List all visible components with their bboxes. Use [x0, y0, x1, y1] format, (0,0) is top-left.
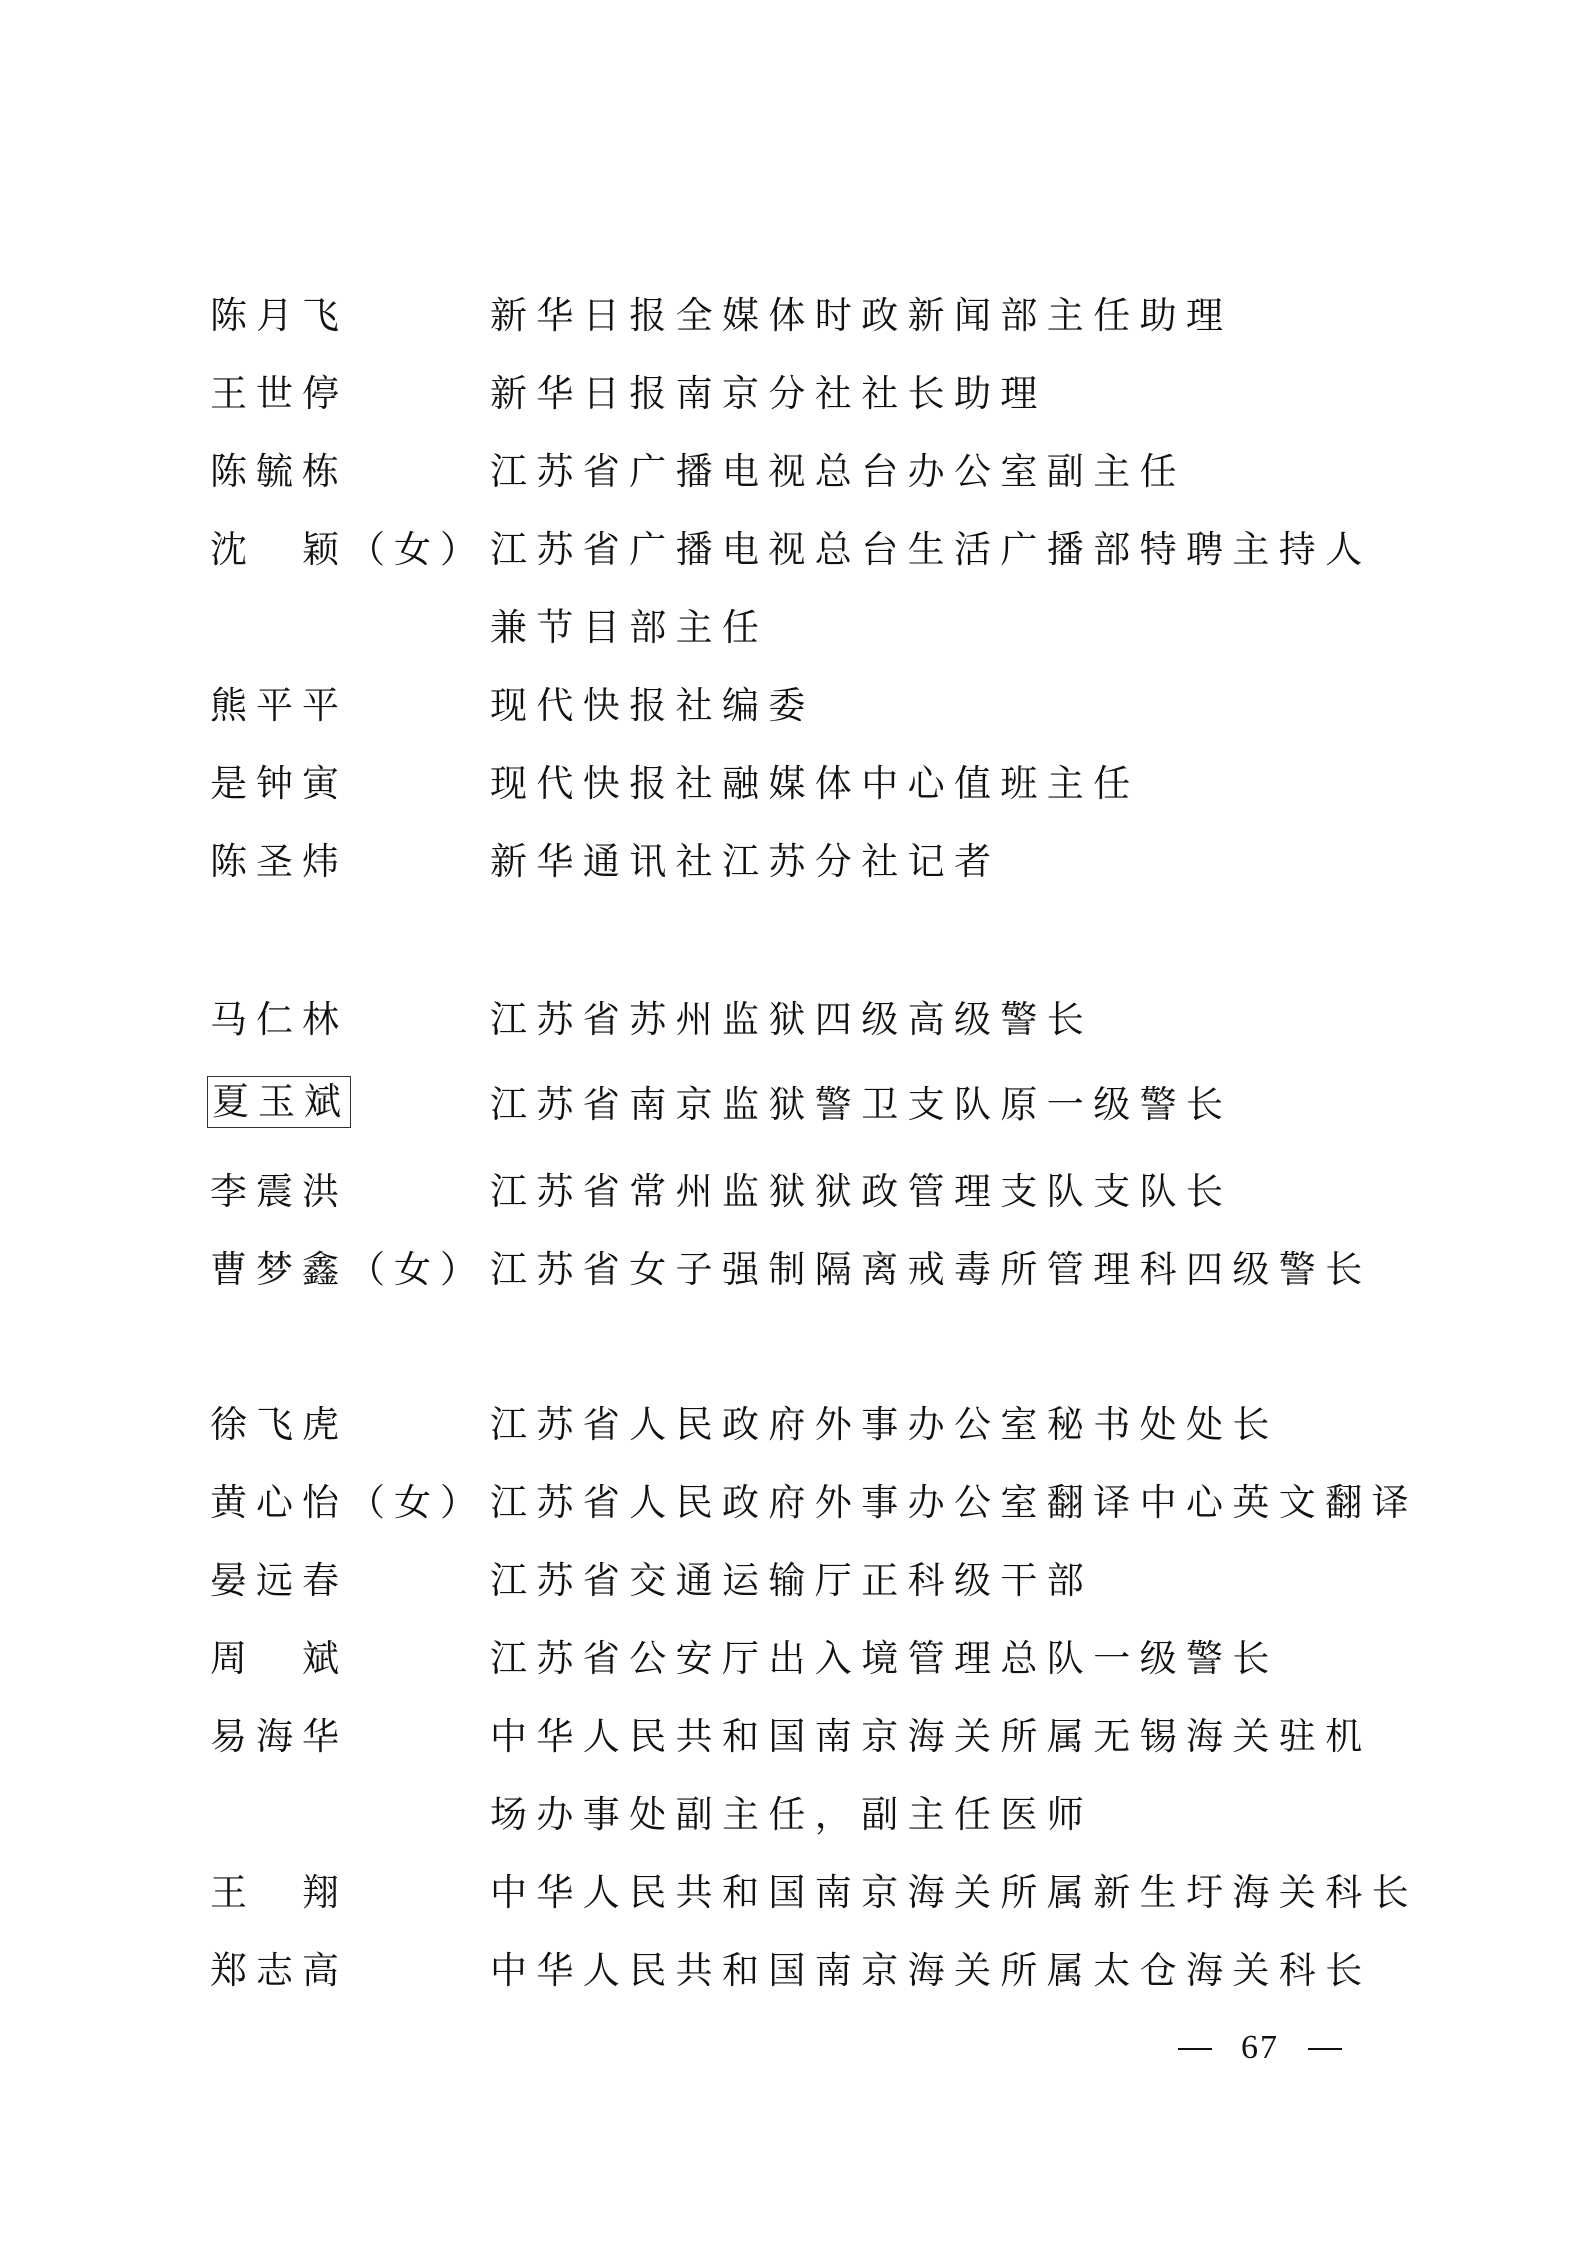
person-title: 中华人民共和国南京海关所属太仓海关科长 — [490, 1944, 1372, 1998]
page-number-text: 67 — [1212, 2030, 1308, 2066]
person-name: 马仁林 — [210, 993, 492, 1047]
person-title: 江苏省广播电视总台办公室副主任 — [490, 445, 1186, 499]
person-name: 李震洪 — [210, 1165, 492, 1219]
person-name: 是钟寅 — [210, 757, 492, 811]
person-title: 新华日报全媒体时政新闻部主任助理 — [490, 289, 1232, 343]
dash-left — [1178, 2048, 1212, 2050]
person-name: 陈月飞 — [210, 289, 492, 343]
person-title: 江苏省公安厅出入境管理总队一级警长 — [490, 1632, 1279, 1686]
person-name: 晏远春 — [210, 1554, 492, 1608]
person-title: 江苏省广播电视总台生活广播部特聘主持人 — [490, 523, 1372, 577]
person-title: 中华人民共和国南京海关所属新生圩海关科长 — [490, 1866, 1418, 1920]
person-name: 熊平平 — [210, 679, 492, 733]
person-title: 现代快报社融媒体中心值班主任 — [490, 757, 1140, 811]
dash-right — [1308, 2048, 1342, 2050]
person-title: 江苏省人民政府外事办公室翻译中心英文翻译 — [490, 1476, 1418, 1530]
person-title: 新华通讯社江苏分社记者 — [490, 835, 1000, 889]
person-name: 周 斌 — [210, 1632, 492, 1686]
person-title: 中华人民共和国南京海关所属无锡海关驻机 — [490, 1710, 1372, 1764]
document-page: 陈月飞 新华日报全媒体时政新闻部主任助理 王世停 新华日报南京分社社长助理 陈毓… — [0, 0, 1587, 2245]
person-name-boxed: 夏玉斌 — [207, 1076, 351, 1128]
person-title-continuation: 场办事处副主任，副主任医师 — [490, 1788, 1093, 1842]
person-name: 黄心怡（女） — [210, 1476, 492, 1530]
person-name: 郑志高 — [210, 1944, 492, 1998]
person-title: 江苏省南京监狱警卫支队原一级警长 — [490, 1078, 1232, 1132]
person-name: 徐飞虎 — [210, 1398, 492, 1452]
person-title-continuation: 兼节目部主任 — [490, 601, 768, 655]
person-name: 王世停 — [210, 367, 492, 421]
person-title: 江苏省常州监狱狱政管理支队支队长 — [490, 1165, 1232, 1219]
person-title: 江苏省苏州监狱四级高级警长 — [490, 993, 1093, 1047]
person-name: 陈毓栋 — [210, 445, 492, 499]
person-name: 沈 颖（女） — [210, 523, 492, 577]
person-title: 现代快报社编委 — [490, 679, 815, 733]
person-name: 王 翔 — [210, 1866, 492, 1920]
person-name: 曹梦鑫（女） — [210, 1243, 492, 1297]
person-name: 陈圣炜 — [210, 835, 492, 889]
person-title: 江苏省交通运输厅正科级干部 — [490, 1554, 1093, 1608]
person-name: 易海华 — [210, 1710, 492, 1764]
person-title: 新华日报南京分社社长助理 — [490, 367, 1047, 421]
person-title: 江苏省人民政府外事办公室秘书处处长 — [490, 1398, 1279, 1452]
person-title: 江苏省女子强制隔离戒毒所管理科四级警长 — [490, 1243, 1372, 1297]
page-number: 67 — [1178, 2030, 1342, 2066]
